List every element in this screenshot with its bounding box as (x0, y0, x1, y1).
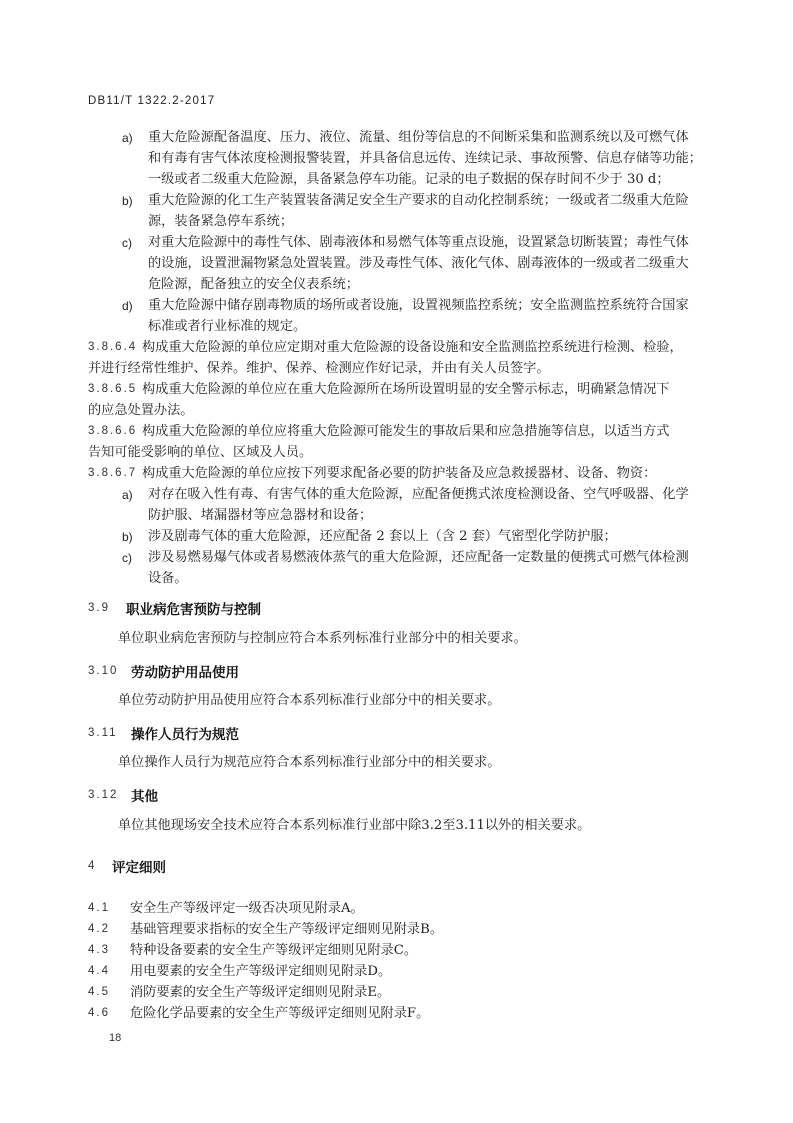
clause-text: 的应急处置办法。 (88, 400, 194, 421)
list-marker: c) (122, 236, 132, 250)
list-item-line: 对重大危险源中的毒性气体、剧毒液体和易燃气体等重点设施，设置紧急切断装置；毒性气… (148, 232, 689, 253)
item-number: 4.4 (88, 965, 110, 977)
section-number: 3.9 (88, 602, 110, 614)
section-title: 劳动防护用品使用 (131, 661, 239, 681)
list-marker: a) (122, 131, 133, 145)
clause-text: 构成重大危险源的单位应定期对重大危险源的设备设施和安全监测监控系统进行检测、检验… (142, 337, 683, 358)
item-text: 用电要素的安全生产等级评定细则见附录D。 (130, 961, 391, 982)
section-number: 3.10 (88, 665, 118, 677)
list-item-line: 危险源，配备独立的安全仪表系统； (148, 274, 359, 295)
list-marker: a) (122, 488, 133, 502)
list-item-line: 对存在吸入性有毒、有害气体的重大危险源，应配备便携式浓度检测设备、空气呼吸器、化… (148, 484, 689, 505)
list-item-line: 源，装备紧急停车系统； (148, 211, 293, 232)
list-marker: d) (122, 299, 133, 313)
chapter-number: 4 (88, 860, 96, 872)
document-id-header: DB11/T 1322.2-2017 (88, 95, 215, 107)
list-item-line: 重大危险源的化工生产装置装备满足安全生产要求的自动化控制系统；一级或者二级重大危… (148, 190, 689, 211)
item-text: 危险化学品要素的安全生产等级评定细则见附录F。 (130, 1003, 429, 1024)
clause-number: 3.8.6.5 (88, 383, 137, 395)
list-item-line: 和有毒有害气体浓度检测报警装置，并具备信息远传、连续记录、事故预警、信息存储等功… (148, 148, 702, 169)
item-text: 安全生产等级评定一级否决项见附录A。 (130, 898, 364, 919)
clause-text: 告知可能受影响的单位、区域及人员。 (88, 442, 312, 463)
section-title: 操作人员行为规范 (131, 723, 239, 743)
list-item-line: 涉及剧毒气体的重大危险源，还应配备 2 套以上（含 2 套）气密型化学防护服； (148, 526, 617, 547)
item-number: 4.2 (88, 923, 110, 935)
section-title: 其他 (131, 785, 158, 805)
list-item-line: 防护服、堵漏器材等应急器材和设备； (148, 505, 372, 526)
item-number: 4.3 (88, 944, 110, 956)
item-text: 基础管理要求指标的安全生产等级评定细则见附录B。 (130, 919, 443, 940)
section-title: 职业病危害预防与控制 (126, 598, 261, 618)
clause-number: 3.8.6.7 (88, 467, 137, 479)
list-item-line: 的设施，设置泄漏物紧急处置装置。涉及毒性气体、液化气体、剧毒液体的一级或者二级重… (148, 253, 689, 274)
clause-number: 3.8.6.4 (88, 341, 137, 353)
clause-text: 并进行经常性维护、保养。维护、保养、检测应作好记录，并由有关人员签字。 (88, 358, 550, 379)
section-body: 单位操作人员行为规范应符合本系列标准行业部分中的相关要求。 (118, 752, 500, 773)
clause-text: 构成重大危险源的单位应在重大危险源所在场所设置明显的安全警示标志，明确紧急情况下 (142, 379, 670, 400)
item-text: 消防要素的安全生产等级评定细则见附录E。 (130, 982, 390, 1003)
item-text: 特种设备要素的安全生产等级评定细则见附录C。 (130, 940, 417, 961)
section-number: 3.11 (88, 727, 118, 739)
section-number: 3.12 (88, 789, 118, 801)
list-item-line: 重大危险源配备温度、压力、液位、流量、组份等信息的不间断采集和监测系统以及可燃气… (148, 127, 689, 148)
clause-text: 构成重大危险源的单位应按下列要求配备必要的防护装备及应急救援器材、设备、物资： (142, 463, 656, 484)
list-marker: b) (122, 194, 133, 208)
section-body: 单位职业病危害预防与控制应符合本系列标准行业部分中的相关要求。 (118, 628, 527, 649)
list-item-line: 设备。 (148, 568, 188, 589)
clause-number: 3.8.6.6 (88, 425, 137, 437)
list-item-line: 涉及易燃易爆气体或者易燃液体蒸气的重大危险源，还应配备一定数量的便携式可燃气体检… (148, 547, 689, 568)
item-number: 4.1 (88, 902, 110, 914)
list-item-line: 标准或者行业标准的规定。 (148, 316, 306, 337)
list-marker: b) (122, 530, 133, 544)
item-number: 4.6 (88, 1007, 110, 1019)
page-number: 18 (109, 1032, 121, 1044)
section-body: 单位劳动防护用品使用应符合本系列标准行业部分中的相关要求。 (118, 690, 500, 711)
item-number: 4.5 (88, 986, 110, 998)
chapter-title: 评定细则 (112, 856, 166, 876)
clause-text: 构成重大危险源的单位应将重大危险源可能发生的事故后果和应急措施等信息，以适当方式 (142, 421, 670, 442)
list-item-line: 一级或者二级重大危险源，具备紧急停车功能。记录的电子数据的保存时间不少于 30 … (148, 169, 670, 190)
list-item-line: 重大危险源中储存剧毒物质的场所或者设施，设置视频监控系统；安全监测监控系统符合国… (148, 295, 689, 316)
list-marker: c) (122, 551, 132, 565)
section-body: 单位其他现场安全技术应符合本系列标准行业部中除3.2至3.11以外的相关要求。 (118, 815, 590, 836)
